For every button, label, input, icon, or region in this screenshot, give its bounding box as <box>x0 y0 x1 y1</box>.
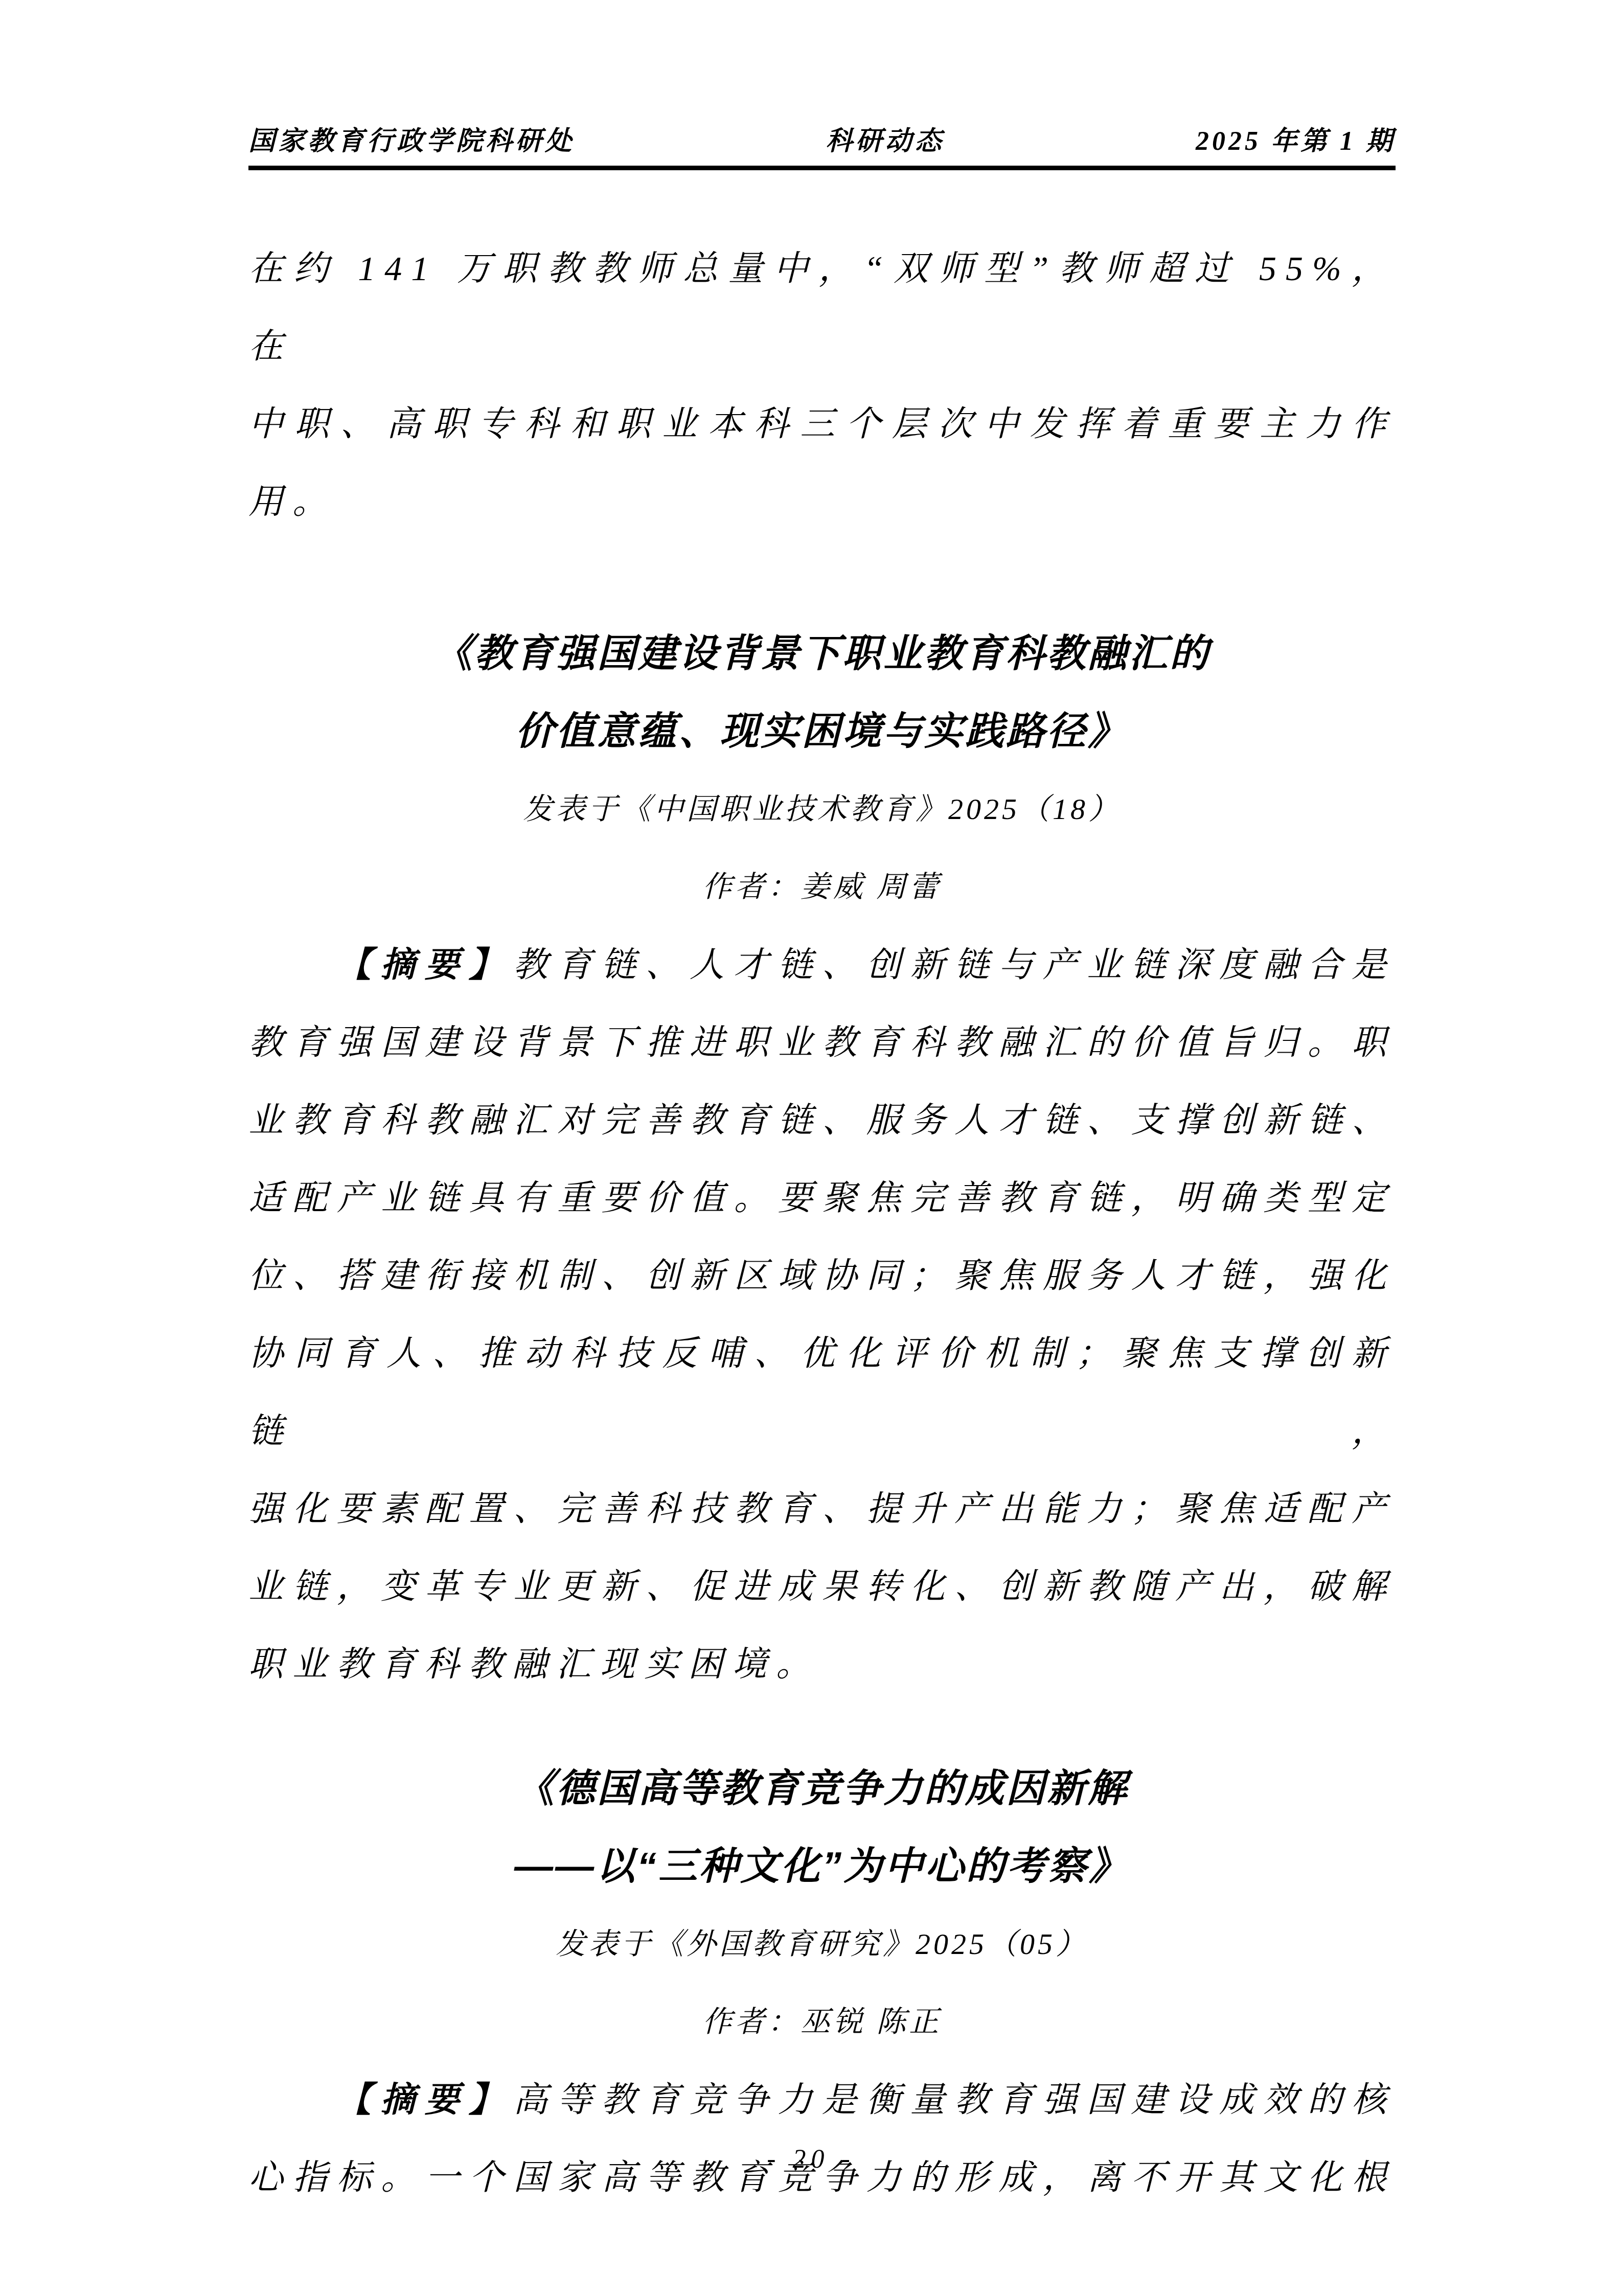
abstract-text: 高等教育竞争力是衡量教育强国建设成效的核 <box>513 2080 1396 2119</box>
article2-authors: 作者：巫锐 陈正 <box>248 1983 1396 2061</box>
abstract-line: 业教育科教融汇对完善教育链、服务人才链、支撑创新链、 <box>248 1081 1396 1159</box>
abstract-line: 位、搭建衔接机制、创新区域协同；聚焦服务人才链，强化 <box>248 1237 1396 1314</box>
article1-title-line2: 价值意蕴、现实困境与实践路径》 <box>248 693 1396 770</box>
intro-line: 用。 <box>248 463 1396 540</box>
article2-title-line1: 《德国高等教育竞争力的成因新解 <box>248 1750 1396 1828</box>
abstract-line: 教育强国建设背景下推进职业教育科教融汇的价值旨归。职 <box>248 1004 1396 1081</box>
abstract-line: 协同育人、推动科技反哺、优化评价机制；聚焦支撑创新链， <box>248 1314 1396 1470</box>
page-header: 国家教育行政学院科研处 科研动态 2025 年第 1 期 <box>248 0 1396 170</box>
header-department: 国家教育行政学院科研处 <box>248 126 575 157</box>
abstract-line: 【摘要】高等教育竞争力是衡量教育强国建设成效的核 <box>248 2061 1396 2139</box>
article1-authors: 作者：姜威 周蕾 <box>248 848 1396 926</box>
intro-paragraph: 在约 141 万职教教师总量中，“双师型”教师超过 55%，在 中职、高职专科和… <box>248 230 1396 540</box>
intro-line: 中职、高职专科和职业本科三个层次中发挥着重要主力作 <box>248 385 1396 463</box>
intro-line: 在约 141 万职教教师总量中，“双师型”教师超过 55%，在 <box>248 230 1396 385</box>
document-page: 国家教育行政学院科研处 科研动态 2025 年第 1 期 在约 141 万职教教… <box>0 0 1622 2296</box>
page-content: 国家教育行政学院科研处 科研动态 2025 年第 1 期 在约 141 万职教教… <box>248 0 1396 2216</box>
abstract-line: 适配产业链具有重要价值。要聚焦完善教育链，明确类型定 <box>248 1159 1396 1237</box>
abstract-text: 教育链、人才链、创新链与产业链深度融合是 <box>513 945 1396 984</box>
header-issue: 2025 年第 1 期 <box>1196 126 1396 157</box>
article2-publication: 发表于《外国教育研究》2025（05） <box>248 1905 1396 1983</box>
article-section-1: 《教育强国建设背景下职业教育科教融汇的 价值意蕴、现实困境与实践路径》 发表于《… <box>248 615 1396 1703</box>
abstract-label: 【摘要】 <box>336 2080 513 2119</box>
article1-publication: 发表于《中国职业技术教育》2025（18） <box>248 770 1396 848</box>
header-bulletin-title: 科研动态 <box>826 126 944 157</box>
article2-title-line2: ——以“三种文化”为中心的考察》 <box>248 1828 1396 1905</box>
abstract-line: 强化要素配置、完善科技教育、提升产出能力；聚焦适配产 <box>248 1470 1396 1548</box>
article1-abstract: 【摘要】教育链、人才链、创新链与产业链深度融合是 教育强国建设背景下推进职业教育… <box>248 926 1396 1703</box>
abstract-label: 【摘要】 <box>336 945 513 984</box>
article1-title-line1: 《教育强国建设背景下职业教育科教融汇的 <box>248 615 1396 693</box>
abstract-line: 职业教育科教融汇现实困境。 <box>248 1625 1396 1703</box>
article2-abstract: 【摘要】高等教育竞争力是衡量教育强国建设成效的核 心指标。一个国家高等教育竞争力… <box>248 2061 1396 2216</box>
page-number: - 20 - <box>0 2144 1622 2174</box>
abstract-line: 业链，变革专业更新、促进成果转化、创新教随产出，破解 <box>248 1548 1396 1625</box>
abstract-line: 【摘要】教育链、人才链、创新链与产业链深度融合是 <box>248 926 1396 1004</box>
